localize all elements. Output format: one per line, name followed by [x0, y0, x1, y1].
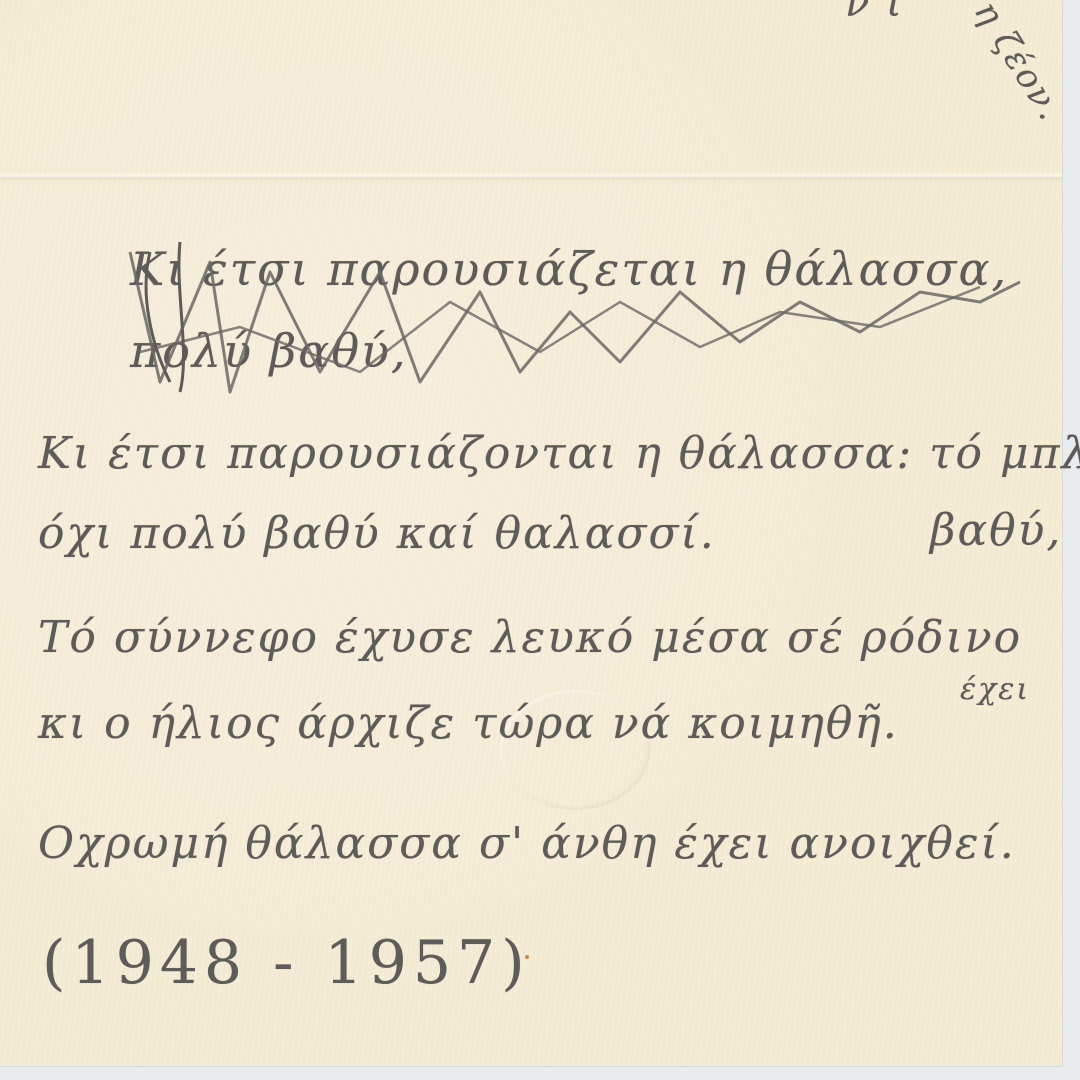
top-cut-fragment-left: ν ί — [845, 0, 904, 26]
stray-mark — [525, 955, 529, 959]
manuscript-page: ν ί η ζέον. Κι έτσι παρουσιάζεται η θάλα… — [0, 0, 1062, 1066]
manuscript-line-4: κι ο ήλιος άρχιζε τώρα νά κοιμηθῆ. — [38, 698, 899, 749]
manuscript-line-5: Οχρωμή θάλασσα σ' άνθη έχει ανοιχθεί. — [38, 818, 1016, 869]
manuscript-line-3: Τό σύννεφο έχυσε λευκό μέσα σέ ρόδινο — [38, 612, 1022, 663]
manuscript-line-1: Κι έτσι παρουσιάζονται η θάλασσα: τό μπλ… — [38, 428, 1080, 479]
margin-insertion-line-2: βαθύ, — [930, 505, 1062, 556]
paper-fold-line — [0, 172, 1062, 182]
manuscript-line-2: όχι πολύ βαθύ καί θαλασσί. — [38, 508, 716, 559]
struck-through-passage: Κι έτσι παρουσιάζεται η θάλασσα, πολύ βα… — [120, 232, 1030, 402]
zigzag-strikethrough-icon — [120, 232, 1030, 402]
scan-stage: ν ί η ζέον. Κι έτσι παρουσιάζεται η θάλα… — [0, 0, 1080, 1080]
top-cut-fragment-right: η ζέον. — [966, 0, 1071, 129]
superscript-insertion-line-4: έχει — [960, 672, 1030, 707]
date-range: (1948 - 1957) — [42, 928, 531, 998]
